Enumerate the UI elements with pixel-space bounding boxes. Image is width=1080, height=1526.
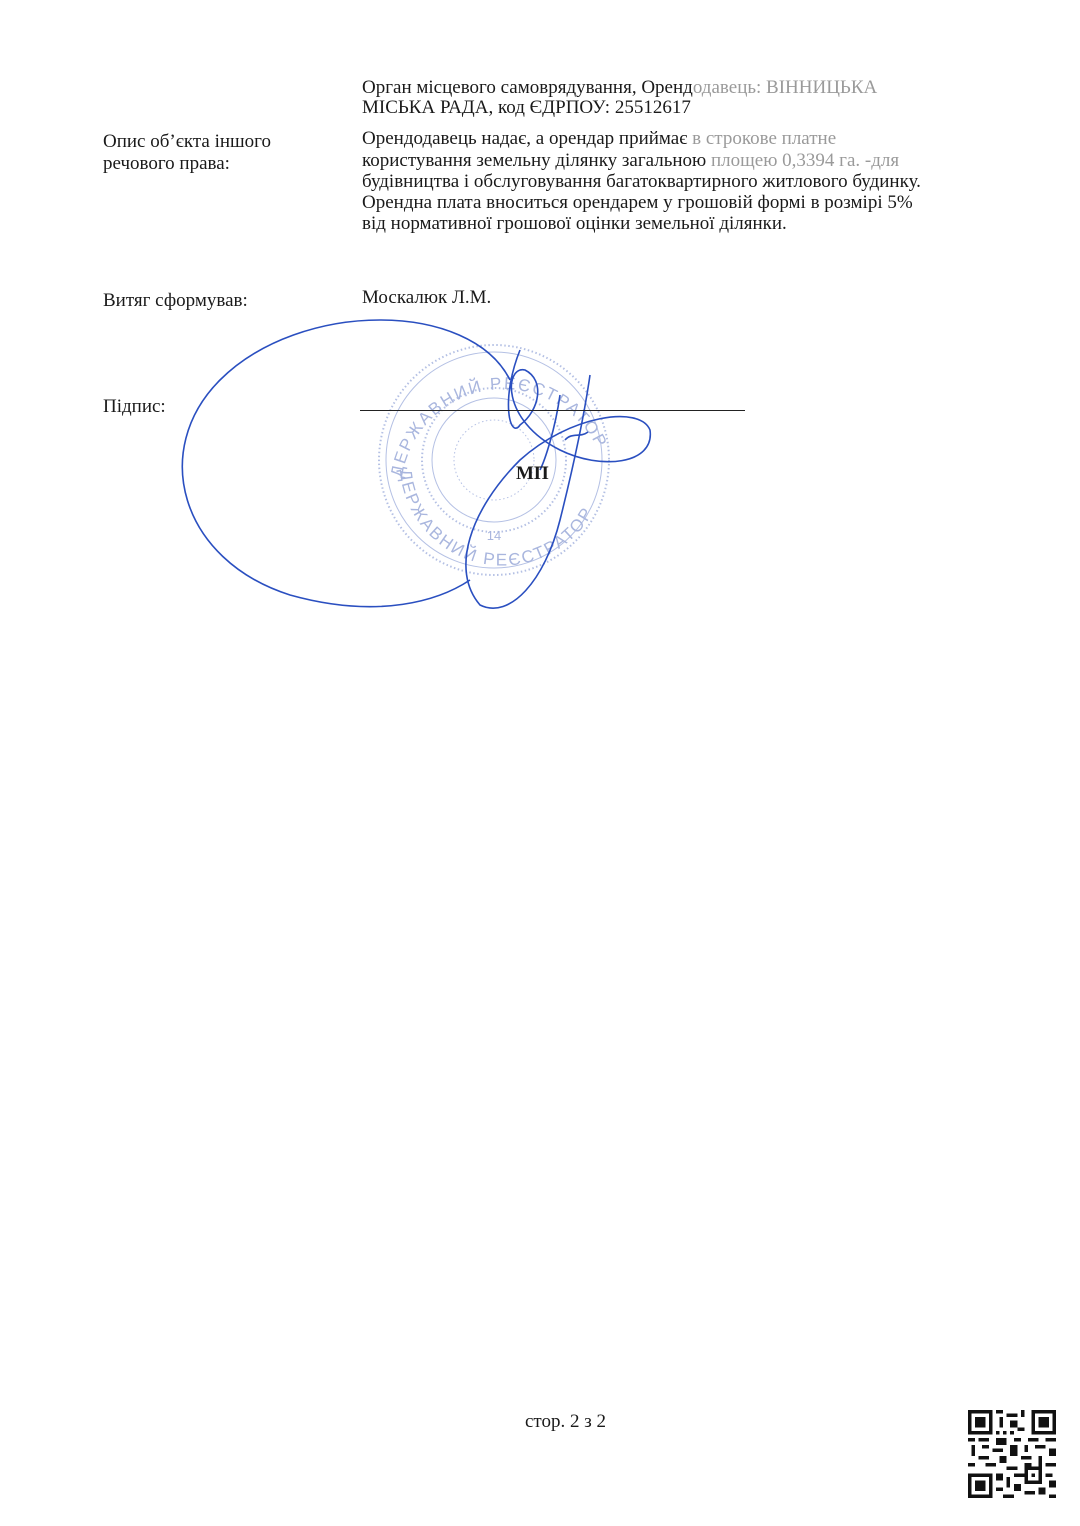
svg-text:14: 14: [487, 528, 501, 543]
svg-text:ДЕРЖАВНИЙ РЕЄСТРАТОР: ДЕРЖАВНИЙ РЕЄСТРАТОР: [387, 374, 611, 479]
page-number: стор. 2 з 2: [525, 1411, 606, 1432]
signature-line: [360, 410, 745, 411]
svg-text:ДЕРЖАВНИЙ РЕЄСТРАТОР: ДЕРЖАВНИЙ РЕЄСТРАТОР: [396, 468, 597, 570]
seal-mark: МП: [516, 463, 549, 485]
qr-code-icon: [968, 1410, 1056, 1498]
document-page: Орган місцевого самоврядування, Орендода…: [0, 0, 1080, 1526]
seal-stamp-icon: ДЕРЖАВНИЙ РЕЄСТРАТОР ДЕРЖАВНИЙ РЕЄСТРАТО…: [0, 0, 1080, 700]
